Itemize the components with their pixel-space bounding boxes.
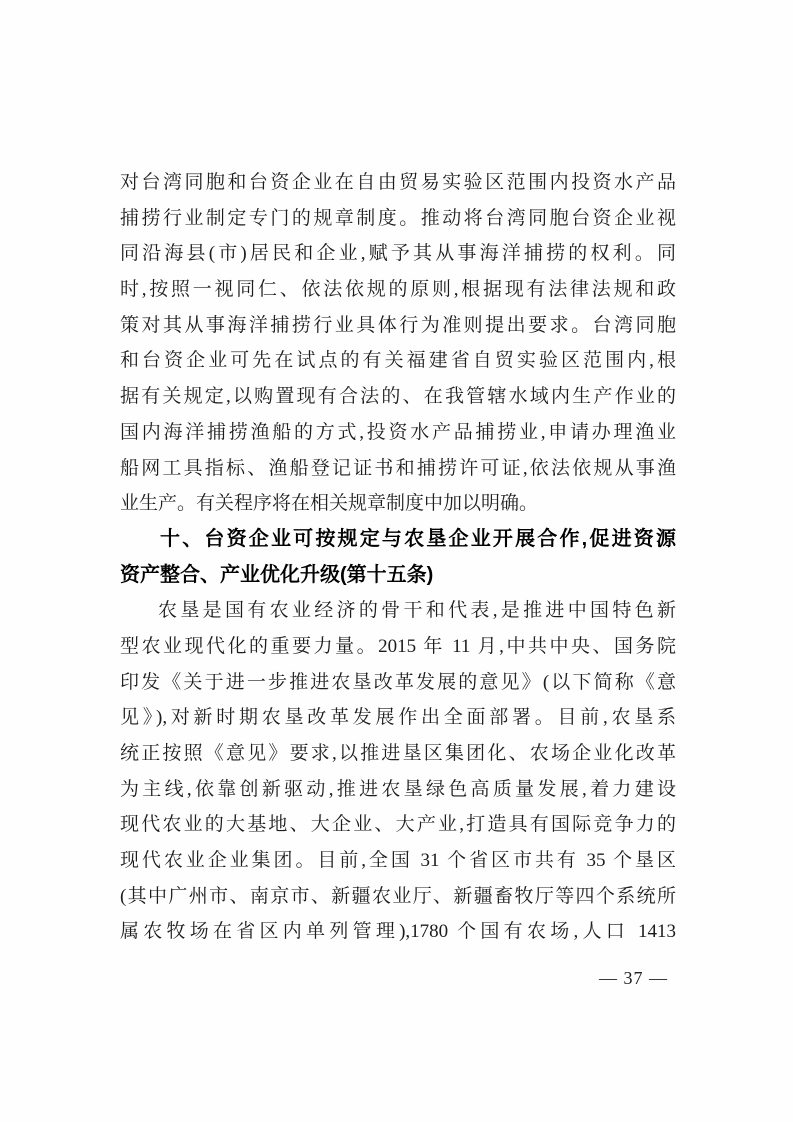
paragraph2-line: 现代农业企业集团。目前,全国 31 个省区市共有 35 个垦区 <box>120 843 676 879</box>
paragraph2-line: 型农业现代化的重要力量。2015 年 11 月,中共中央、国务院 <box>120 629 676 665</box>
paragraph2-line: 农垦是国有农业经济的骨干和代表,是推进中国特色新 <box>120 593 676 629</box>
paragraph1-line: 业生产。有关程序将在相关规章制度中加以明确。 <box>120 486 676 522</box>
paragraph1-line: 同沿海县(市)居民和企业,赋予其从事海洋捕捞的权利。同 <box>120 236 676 272</box>
paragraph2-line: 现代农业的大基地、大企业、大产业,打造具有国际竞争力的 <box>120 807 676 843</box>
paragraph2-line: 见》),对新时期农垦改革发展作出全面部署。目前,农垦系 <box>120 700 676 736</box>
paragraph1-line: 船网工具指标、渔船登记证书和捕捞许可证,依法依规从事渔 <box>120 451 676 487</box>
paragraph1-line: 对台湾同胞和台资企业在自由贸易实验区范围内投资水产品 <box>120 165 676 201</box>
paragraph1-line: 策对其从事海洋捕捞行业具体行为准则提出要求。台湾同胞 <box>120 308 676 344</box>
paragraph2-line: 属农牧场在省区内单列管理),1780 个国有农场,人口 1413 <box>120 914 676 950</box>
paragraph1-line: 国内海洋捕捞渔船的方式,投资水产品捕捞业,申请办理渔业 <box>120 415 676 451</box>
section-heading-line: 十、台资企业可按规定与农垦企业开展合作,促进资源 <box>120 522 676 558</box>
paragraph1-line: 时,按照一视同仁、依法依规的原则,根据现有法律法规和政 <box>120 272 676 308</box>
paragraph2-line: (其中广州市、南京市、新疆农业厅、新疆畜牧厅等四个系统所 <box>120 879 676 915</box>
paragraph2-line: 为主线,依靠创新驱动,推进农垦绿色高质量发展,着力建设 <box>120 772 676 808</box>
paragraph1-line: 捕捞行业制定专门的规章制度。推动将台湾同胞台资企业视 <box>120 201 676 237</box>
section-heading-line: 资产整合、产业优化升级(第十五条) <box>120 558 676 594</box>
page-number: — 37 — <box>120 966 668 990</box>
paragraph2-line: 印发《关于进一步推进农垦改革发展的意见》(以下简称《意 <box>120 665 676 701</box>
text-body: 对台湾同胞和台资企业在自由贸易实验区范围内投资水产品 捕捞行业制定专门的规章制度… <box>120 165 676 950</box>
paragraph1-line: 据有关规定,以购置现有合法的、在我管辖水域内生产作业的 <box>120 379 676 415</box>
document-page: 对台湾同胞和台资企业在自由贸易实验区范围内投资水产品 捕捞行业制定专门的规章制度… <box>0 0 793 1122</box>
paragraph2-line: 统正按照《意见》要求,以推进垦区集团化、农场企业化改革 <box>120 736 676 772</box>
paragraph1-line: 和台资企业可先在试点的有关福建省自贸实验区范围内,根 <box>120 343 676 379</box>
